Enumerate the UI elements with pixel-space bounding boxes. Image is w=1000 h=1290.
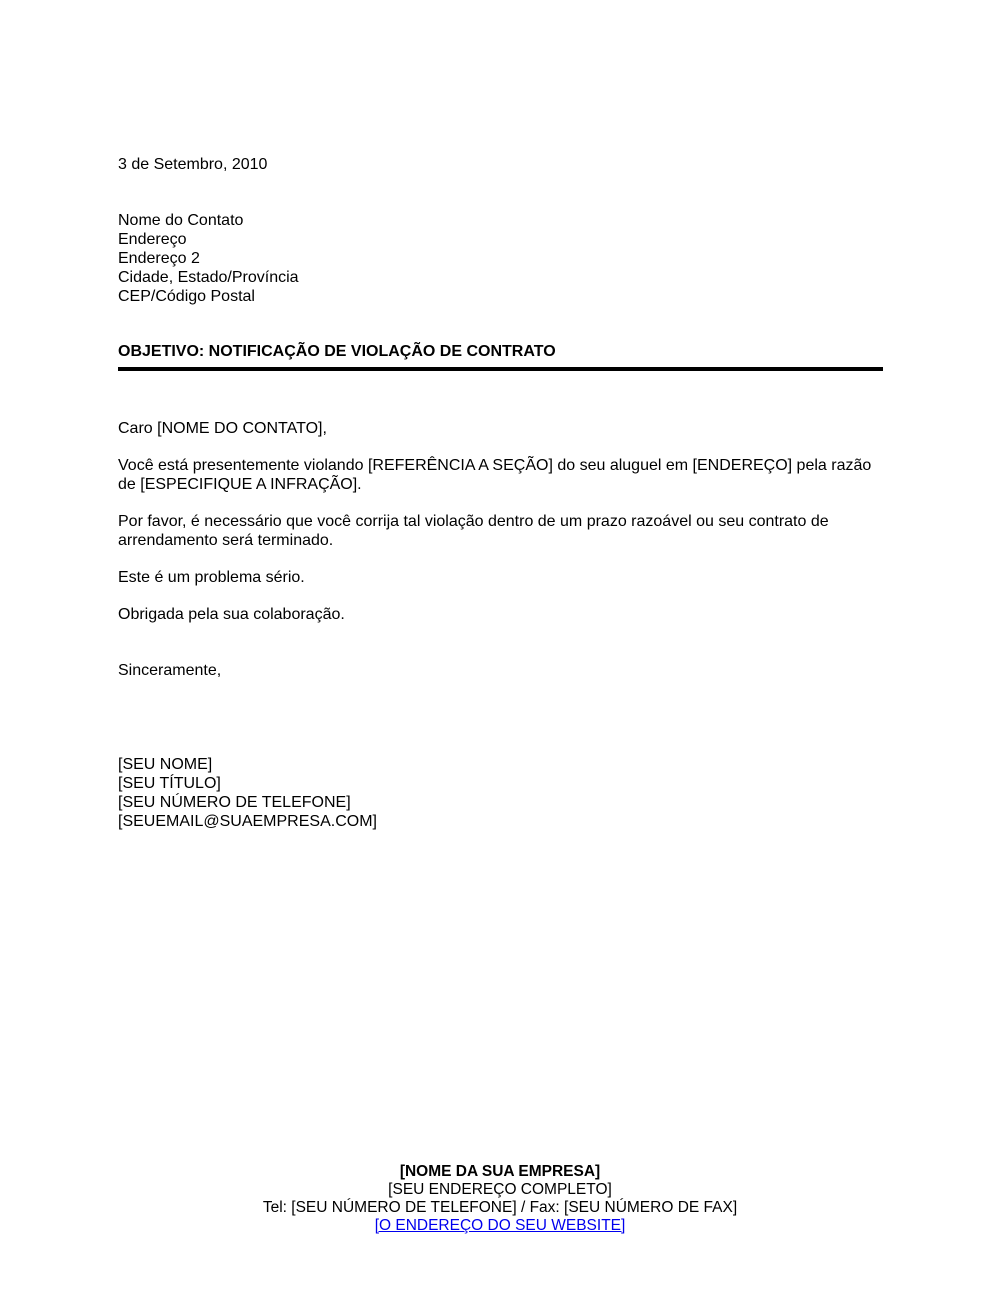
recipient-city-state: Cidade, Estado/Província [118,268,299,287]
recipient-name: Nome do Contato [118,211,299,230]
sender-email: [SEUEMAIL@SUAEMPRESA.COM] [118,812,377,831]
body-paragraph: Você está presentemente violando [REFERÊ… [118,456,883,494]
company-footer: [NOME DA SUA EMPRESA] [SEU ENDEREÇO COMP… [0,1163,1000,1235]
recipient-postal-code: CEP/Código Postal [118,287,299,306]
subject-divider [118,367,883,371]
sender-phone: [SEU NÚMERO DE TELEFONE] [118,793,377,812]
footer-contact: Tel: [SEU NÚMERO DE TELEFONE] / Fax: [SE… [0,1199,1000,1217]
recipient-address: Nome do Contato Endereço Endereço 2 Cida… [118,211,299,306]
signature-block: [SEU NOME] [SEU TÍTULO] [SEU NÚMERO DE T… [118,755,377,831]
sender-title: [SEU TÍTULO] [118,774,377,793]
footer-company-name: [NOME DA SUA EMPRESA] [0,1163,1000,1181]
body-paragraph: Obrigada pela sua colaboração. [118,605,345,624]
footer-website-link[interactable]: [O ENDEREÇO DO SEU WEBSITE] [375,1217,626,1234]
salutation: Caro [NOME DO CONTATO], [118,419,327,438]
letter-date: 3 de Setembro, 2010 [118,155,267,174]
body-paragraph: Por favor, é necessário que você corrija… [118,512,883,550]
footer-address: [SEU ENDEREÇO COMPLETO] [0,1181,1000,1199]
sender-name: [SEU NOME] [118,755,377,774]
recipient-address-line-2: Endereço 2 [118,249,299,268]
closing: Sinceramente, [118,661,221,680]
body-paragraph: Este é um problema sério. [118,568,305,587]
recipient-address-line-1: Endereço [118,230,299,249]
subject-line: OBJETIVO: NOTIFICAÇÃO DE VIOLAÇÃO DE CON… [118,342,556,361]
